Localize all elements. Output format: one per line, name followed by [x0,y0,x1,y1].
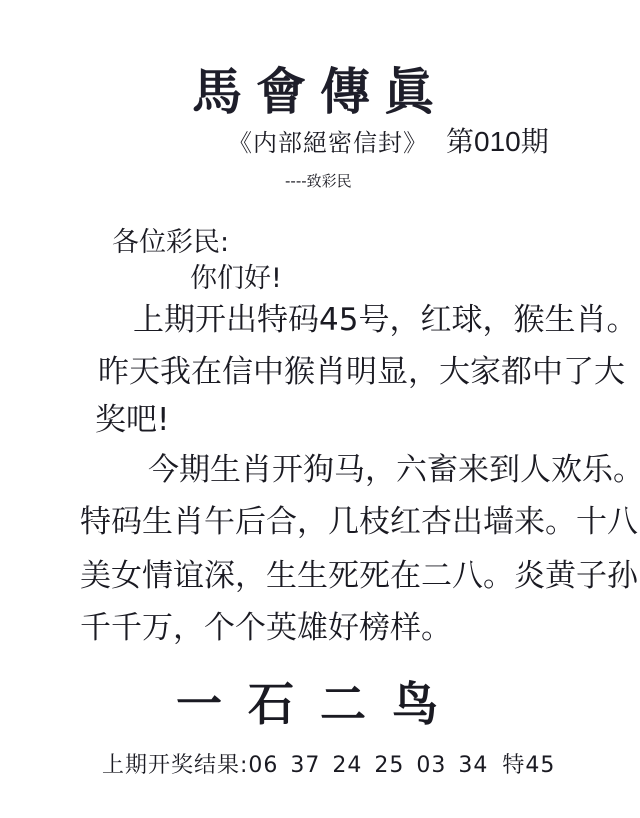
paragraph-2-line-3: 美女情谊深，生生死死在二八。炎黄子孙 [80,554,638,598]
result-number: 24 [332,753,362,778]
special-number: 特45 [502,753,555,778]
subtitle-row: 《内部絕密信封》第010期 [228,124,549,161]
paragraph-1-line-2: 昨天我在信中猴肖明显，大家都中了大 [98,350,625,394]
paragraph-2-line-4: 千千万，个个英雄好榜样。 [80,606,452,650]
greeting: 你们好! [190,256,282,295]
results-numbers: 063724250334 [248,753,500,778]
paragraph-2-line-1: 今期生肖开狗马，六畜来到人欢乐。 [148,448,640,492]
paragraph-1-line-3: 奖吧! [95,398,169,442]
envelope-label: 《内部絕密信封》 [228,129,428,157]
slogan: 一石二鸟 [0,668,640,734]
salutation: 各位彩民: [112,220,229,259]
signoff: ----致彩民 [285,170,352,191]
paragraph-1-line-1: 上期开出特码45号，红球，猴生肖。 [133,298,637,342]
previous-results: 上期开奖结果:063724250334特45 [102,748,555,779]
paragraph-2-line-2: 特码生肖午后合，几枝红杏出墙来。十八 [80,500,638,544]
page-title: 馬會傳眞 [0,52,640,124]
result-number: 03 [416,753,446,778]
result-number: 25 [374,753,404,778]
result-number: 37 [290,753,320,778]
results-label: 上期开奖结果: [102,753,248,778]
result-number: 06 [248,753,278,778]
result-number: 34 [458,753,488,778]
issue-number: 第010期 [446,126,549,157]
